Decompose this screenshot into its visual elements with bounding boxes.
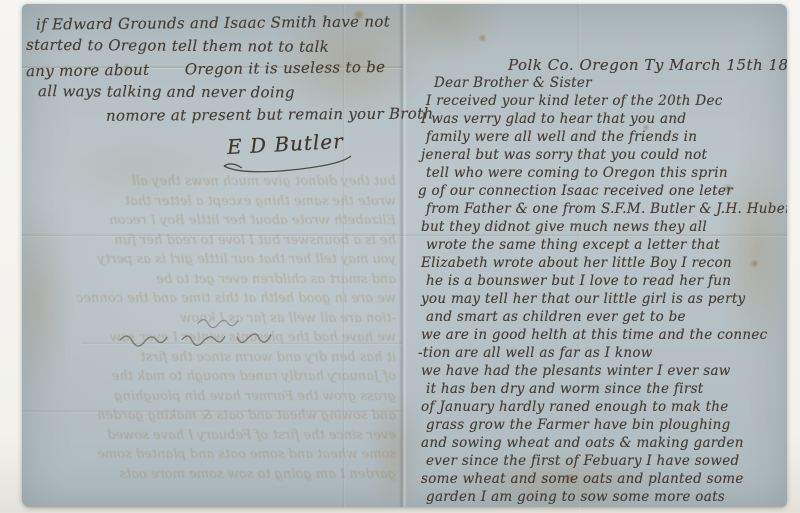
bleedthrough-line: garden I am going to sow some more oats (24, 465, 396, 485)
handwritten-line: Elizabeth wrote about her little Boy I r… (418, 254, 787, 272)
handwritten-line: we are in good helth at this time and th… (418, 326, 787, 344)
bleedthrough-line: and sowing wheat and oats & making garde… (24, 406, 396, 426)
handwritten-line: any more about Oregon it is useless to b… (26, 56, 398, 84)
bleedthrough-line: Elizabeth wrote about her little Boy I r… (24, 211, 396, 231)
bleedthrough-line: he is a bounswer but I love to read her … (24, 231, 396, 251)
bleedthrough-line: wrote the same thing except a letter tha… (24, 192, 396, 212)
bleedthrough-line: we are in good helth at this time and th… (24, 289, 396, 309)
bleedthrough-line: -tion are all well as far as I know (24, 309, 396, 329)
bleedthrough-line: it has ben dry and worm since the first (24, 348, 396, 368)
handwritten-line: nomore at present but remain your Broth (26, 103, 398, 129)
handwritten-line: family were all well and the friends in (418, 128, 787, 146)
letter-page-left: if Edward Grounds and Isaac Smith have n… (26, 12, 398, 127)
handwritten-line: he is a bounswer but I love to read her … (418, 272, 787, 290)
handwritten-line: from Father & one from S.F.M. Butler & J… (418, 200, 787, 218)
bleedthrough-line: of January hardly raned enough to mak th… (24, 367, 396, 387)
handwritten-line: I received your kind leter of the 20th D… (418, 92, 787, 110)
handwritten-line: I was verry glad to hear that you and (418, 110, 787, 128)
handwritten-line: you may tell her that our little girl is… (418, 290, 787, 308)
signature-flourish (220, 154, 355, 174)
bleedthrough-line: but they didnot give much news they all (24, 172, 396, 192)
handwritten-line: we have had the plesants winter I ever s… (418, 362, 787, 380)
bleedthrough-text: but they didnot give much news they all … (24, 172, 396, 484)
bleedthrough-line: we have had the plesants winter I ever s… (24, 328, 396, 348)
stain (477, 34, 488, 42)
handwritten-line: wrote the same thing except a letter tha… (418, 236, 787, 254)
letter-dateline: Polk Co. Oregon Ty March 15th 1852 (418, 56, 787, 74)
handwritten-line: tell who were coming to Oregon this spri… (418, 164, 787, 182)
handwritten-line: ever since the first of Febuary I have s… (418, 452, 787, 470)
handwritten-line: if Edward Grounds and Isaac Smith have n… (26, 10, 398, 36)
letter-sheet: if Edward Grounds and Isaac Smith have n… (22, 4, 787, 507)
handwritten-line: g of our connection Isaac received one l… (418, 182, 787, 200)
bleedthrough-line: and smart as children ever get to be (24, 270, 396, 290)
letter-salutation: Dear Brother & Sister (418, 74, 787, 92)
handwritten-line: and smart as children ever get to be (418, 308, 787, 326)
center-fold-crease (399, 4, 407, 507)
handwritten-line: jeneral but was sorry that you could not (418, 146, 787, 164)
bleedthrough-line: some wheat and some oats and planted som… (24, 445, 396, 465)
handwritten-line: of January hardly raned enough to mak th… (418, 398, 787, 416)
handwritten-line: garden I am going to sow some more oats (418, 488, 787, 506)
handwritten-line: but they didnot give much news they all (418, 218, 787, 236)
handwritten-line: all ways talking and never doing (26, 80, 398, 105)
bleedthrough-line: grass grow the Farmer have bin ploughing (24, 387, 396, 407)
handwritten-line: it has ben dry and worm since the first (418, 380, 787, 398)
letter-page-right: Polk Co. Oregon Ty March 15th 1852 Dear … (410, 56, 787, 506)
scanned-letter: if Edward Grounds and Isaac Smith have n… (0, 0, 800, 513)
handwritten-line: some wheat and some oats and planted som… (418, 470, 787, 488)
handwritten-line: grass grow the Farmer have bin ploughing (418, 416, 787, 434)
handwritten-line: and sowing wheat and oats & making garde… (418, 434, 787, 452)
handwritten-line: -tion are all well as far as I know (418, 344, 787, 362)
bleedthrough-line: ever since the first of Febuary I have s… (24, 426, 396, 446)
bleedthrough-line: you may tell her that our little girl is… (24, 250, 396, 270)
